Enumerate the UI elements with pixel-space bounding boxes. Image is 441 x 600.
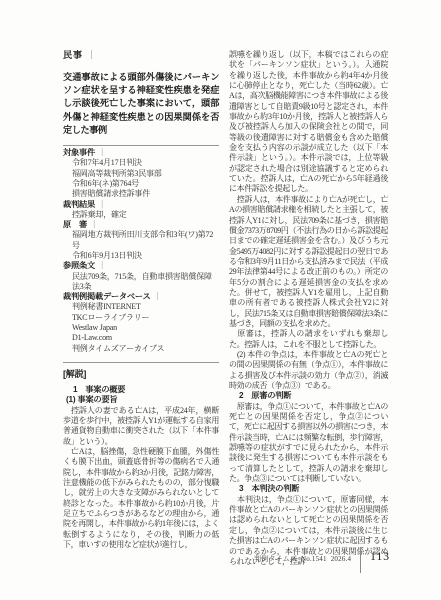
category-label: 民事 xyxy=(63,50,83,60)
metadata-label: 対象事件｜ xyxy=(63,148,219,158)
metadata-item: 控訴棄却，確定 xyxy=(63,210,219,220)
divider-rule-top xyxy=(63,145,219,146)
metadata-item: 令和6年9月13日判決 xyxy=(63,251,219,261)
metadata-label-text: 裁判結果 xyxy=(63,200,95,209)
label-divider-bar: ｜ xyxy=(153,292,161,301)
metadata-item: 損害賠償請求控訴事件 xyxy=(63,189,219,199)
label-divider-bar: ｜ xyxy=(98,261,106,270)
page-number: 113 xyxy=(370,551,390,563)
journal-name: 判例タイムズ xyxy=(254,555,297,563)
metadata-item: TKCローライブラリー xyxy=(63,313,219,323)
commentary-paragraph: 原審は，控訴人の請求をいずれも棄却した。控訴人は，これを不服として控訴した。 xyxy=(229,329,388,350)
label-divider-bar: ｜ xyxy=(98,200,106,209)
metadata-item: Westlaw Japan xyxy=(63,323,219,333)
journal-page: 民事｜ 交通事故による頭部外傷後にパーキンソン症状を呈する神経変性疾患を発症し示… xyxy=(0,0,441,600)
metadata-label-text: 参照条文 xyxy=(63,261,95,270)
case-metadata: 対象事件｜ 令和7年4月17日判決 福岡高等裁判所第3民事部 令和6年(ネ)第7… xyxy=(63,148,219,354)
metadata-section-statutes: 参照条文｜ 民法709条，715条，自動車損害賠償保障法3条 xyxy=(63,261,219,292)
commentary-section2-title: 2 原審の判断 xyxy=(229,391,388,401)
metadata-label-text: 裁判例掲載データベース xyxy=(63,292,150,301)
category-divider-bar: ｜ xyxy=(87,50,96,60)
metadata-label-text: 原 審 xyxy=(63,220,87,229)
commentary-section3-title: 3 本判決の判断 xyxy=(229,484,388,494)
commentary-paragraph: 原審は，争点①について，本件事故と亡Aの死亡との因果関係を否定し，争点②について… xyxy=(229,402,388,485)
label-divider-bar: ｜ xyxy=(90,220,98,229)
label-divider-bar: ｜ xyxy=(98,148,106,157)
commentary-paragraph-continued: 誤嚥を繰り返し（以下，本稿ではこれらの症状を「パーキンソン症状」という。）。入通… xyxy=(229,50,388,195)
case-category: 民事｜ xyxy=(63,50,219,60)
commentary-section1-subtitle: (1) 事案の要旨 xyxy=(63,395,219,405)
metadata-section-case: 対象事件｜ 令和7年4月17日判決 福岡高等裁判所第3民事部 令和6年(ネ)第7… xyxy=(63,148,219,199)
metadata-item: 令和6年(ネ)第764号 xyxy=(63,179,219,189)
commentary-section1-title: 1 事案の概要 xyxy=(63,385,219,395)
commentary-heading: [解説] xyxy=(63,368,219,380)
case-title: 交通事故による頭部外傷後にパーキンソン症状を呈する神経変性疾患を発症し示談後死亡… xyxy=(63,71,219,137)
metadata-item: D1-Law.com xyxy=(63,333,219,343)
metadata-item: 令和7年4月17日判決 xyxy=(63,158,219,168)
metadata-label: 参照条文｜ xyxy=(63,261,219,271)
metadata-item: 民法709条，715条，自動車損害賠償保障法3条 xyxy=(63,272,219,293)
metadata-label-text: 対象事件 xyxy=(63,148,95,157)
metadata-section-databases: 裁判例掲載データベース｜ 判例秘書INTERNET TKCローライブラリー We… xyxy=(63,292,219,354)
divider-rule-commentary xyxy=(63,362,219,363)
left-column: 民事｜ 交通事故による頭部外傷後にパーキンソン症状を呈する神経変性疾患を発症し示… xyxy=(63,50,219,550)
metadata-item: 判例タイムズアーカイブス xyxy=(63,344,219,354)
metadata-section-result: 裁判結果｜ 控訴棄却，確定 xyxy=(63,200,219,221)
commentary-paragraph: 亡Aは，脳挫傷，急性硬膜下血腫，外傷性くも膜下出血，頭蓋底骨折等の傷病名で入通院… xyxy=(63,447,219,550)
metadata-label: 裁判結果｜ xyxy=(63,200,219,210)
metadata-label: 原 審｜ xyxy=(63,220,219,230)
page-footer: 判例タイムズNo.15412026.4 113 xyxy=(0,547,390,573)
right-column: 誤嚥を繰り返し（以下，本稿ではこれらの症状を「パーキンソン症状」という。）。入通… xyxy=(229,50,388,567)
footer-divider-bar xyxy=(360,547,361,573)
metadata-item: 判例秘書INTERNET xyxy=(63,302,219,312)
metadata-item: 福岡高等裁判所第3民事部 xyxy=(63,169,219,179)
metadata-section-lower-court: 原 審｜ 福岡地方裁判所田川支部令和3年(ワ)第72号 令和6年9月13日判決 xyxy=(63,220,219,261)
journal-reference: 判例タイムズNo.15412026.4 xyxy=(250,554,351,564)
commentary-paragraph: (2) 本件の争点は，本件事故と亡Aの死亡との間の因果関係の有無（争点①），本件… xyxy=(229,350,388,391)
metadata-item: 福岡地方裁判所田川支部令和3年(ワ)第72号 xyxy=(63,230,219,251)
journal-issue: No.1541 xyxy=(301,555,327,563)
metadata-label: 裁判例掲載データベース｜ xyxy=(63,292,219,302)
journal-date: 2026.4 xyxy=(331,555,351,563)
commentary-paragraph: 控訴人の妻である亡Aは，平成24年，横断歩道を歩行中，被控訴人Y1が運転する自家… xyxy=(63,406,219,447)
commentary-paragraph: 控訴人は，本件事故により亡Aが死亡し，亡Aの損害賠償請求権を相続したと主張して，… xyxy=(229,195,388,329)
